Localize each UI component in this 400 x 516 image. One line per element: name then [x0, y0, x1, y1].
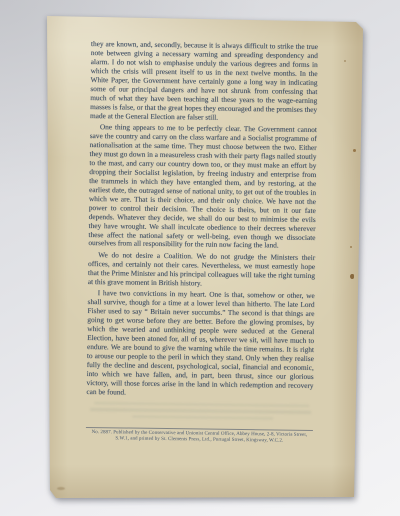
- imprint-number: No. 2887.: [92, 430, 112, 435]
- foxing-spot: [350, 246, 352, 248]
- paper-surface: they are known, and, secondly, because i…: [0, 0, 400, 516]
- paragraph-1: they are known, and, secondly, because i…: [90, 40, 318, 124]
- photo-background: they are known, and, secondly, because i…: [0, 0, 400, 516]
- paragraph-4: I have two convictions in my heart. One …: [86, 289, 314, 399]
- imprint-text: Published by the Conservative and Unioni…: [113, 430, 307, 443]
- paragraph-2: One thing appears to me to be perfectly …: [88, 123, 317, 251]
- foxing-spot: [350, 274, 354, 279]
- showthrough-ghost: [86, 402, 313, 427]
- foxing-spot: [344, 60, 346, 62]
- edge-smudge: [57, 487, 65, 490]
- pamphlet-page: they are known, and, secondly, because i…: [0, 0, 400, 516]
- paragraph-3: We do not desire a Coalition. We do not …: [88, 251, 315, 290]
- foxing-spot: [353, 149, 356, 152]
- imprint: No. 2887. Published by the Conservative …: [86, 430, 313, 445]
- page-text: they are known, and, secondly, because i…: [86, 40, 318, 445]
